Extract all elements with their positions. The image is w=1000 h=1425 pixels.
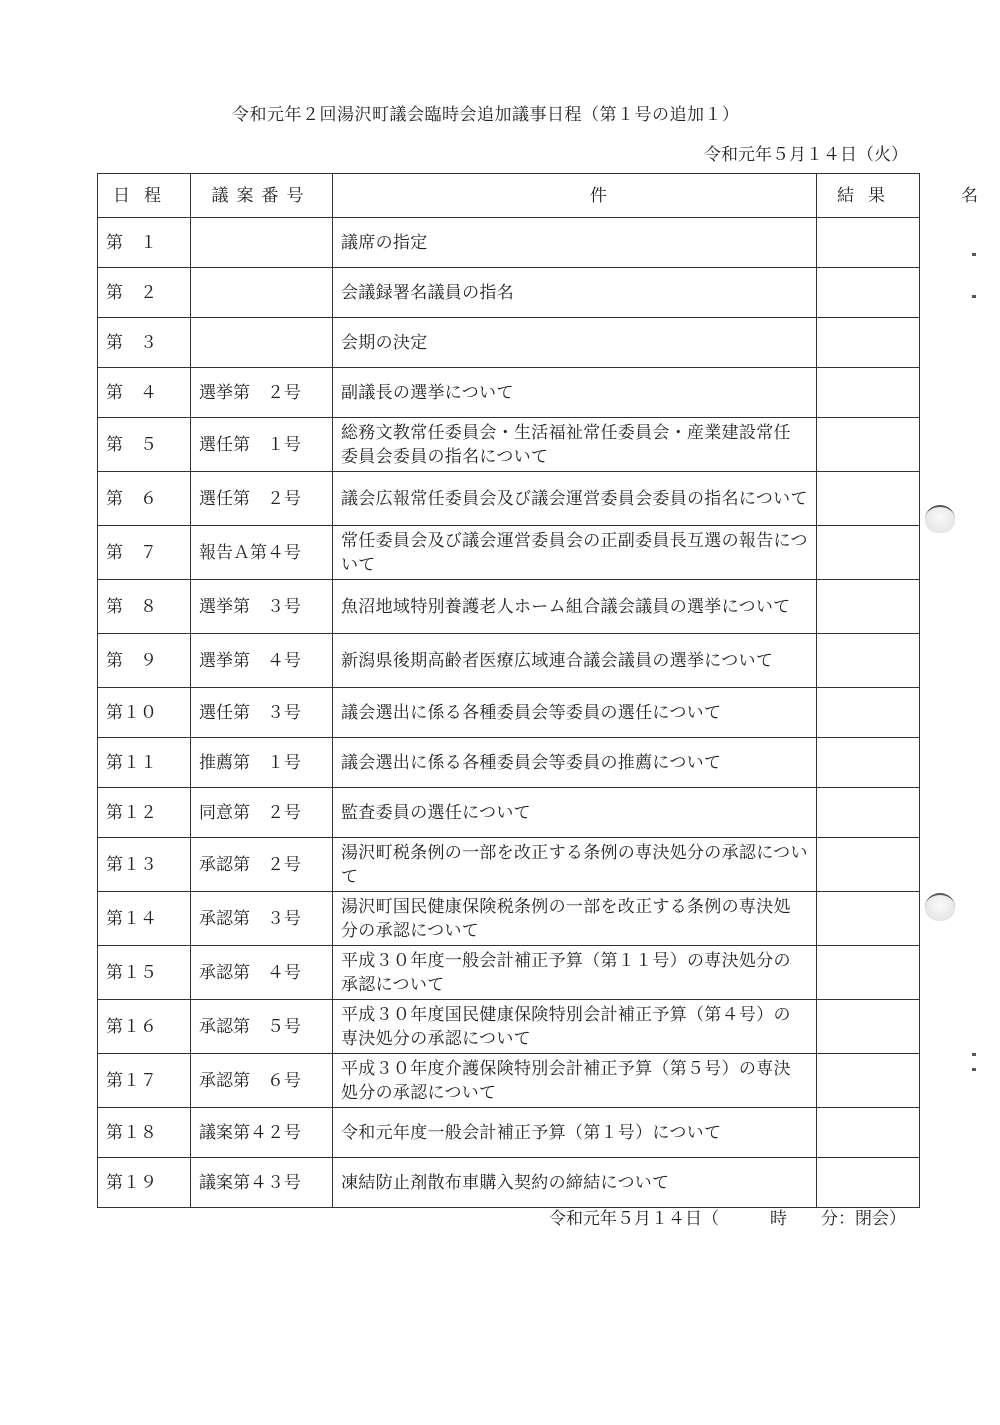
header-name: 件 名 [333, 174, 817, 218]
row-name: 湯沢町税条例の一部を改正する条例の専決処分の承認について [333, 838, 817, 892]
row-result [817, 418, 920, 472]
row-result [817, 1158, 920, 1208]
row-result [817, 268, 920, 318]
row-result [817, 1054, 920, 1108]
row-name: 議席の指定 [333, 218, 817, 268]
row-name: 監査委員の選任について [333, 788, 817, 838]
scan-speck [972, 295, 976, 298]
header-day: 日程 [98, 174, 191, 218]
row-result [817, 838, 920, 892]
row-result [817, 368, 920, 418]
row-number: 承認第 ３号 [191, 892, 333, 946]
row-day: 第 ６ [98, 472, 191, 526]
row-day: 第１７ [98, 1054, 191, 1108]
row-day: 第 ９ [98, 634, 191, 688]
row-name: 議会選出に係る各種委員会等委員の推薦について [333, 738, 817, 788]
row-name: 会期の決定 [333, 318, 817, 368]
table-row: 第１９議案第４３号凍結防止剤散布車購入契約の締結について [98, 1158, 920, 1208]
table-row: 第１７承認第 ６号平成３０年度介護保険特別会計補正予算（第５号）の専決処分の承認… [98, 1054, 920, 1108]
punch-hole-icon [925, 505, 955, 533]
table-row: 第 ３会期の決定 [98, 318, 920, 368]
row-name: 常任委員会及び議会運営委員会の正副委員長互選の報告について [333, 526, 817, 580]
closing-time-line: 令和元年５月１４日（ 時 分：閉会） [549, 1204, 906, 1229]
row-name: 会議録署名議員の指名 [333, 268, 817, 318]
row-name: 議会選出に係る各種委員会等委員の選任について [333, 688, 817, 738]
row-day: 第 ３ [98, 318, 191, 368]
row-name: 新潟県後期高齢者医療広域連合議会議員の選挙について [333, 634, 817, 688]
row-day: 第１５ [98, 946, 191, 1000]
table-row: 第１６承認第 ５号平成３０年度国民健康保険特別会計補正予算（第４号）の専決処分の… [98, 1000, 920, 1054]
row-number [191, 268, 333, 318]
row-number: 承認第 ４号 [191, 946, 333, 1000]
table-row: 第 １議席の指定 [98, 218, 920, 268]
agenda-table: 日程 議案番号 件 名 結果 第 １議席の指定第 ２会議録署名議員の指名第 ３会… [97, 173, 920, 1208]
scan-speck [972, 1068, 976, 1071]
table-header-row: 日程 議案番号 件 名 結果 [98, 174, 920, 218]
header-result: 結果 [817, 174, 920, 218]
row-day: 第１９ [98, 1158, 191, 1208]
row-name: 平成３０年度介護保険特別会計補正予算（第５号）の専決処分の承認について [333, 1054, 817, 1108]
row-name: 凍結防止剤散布車購入契約の締結について [333, 1158, 817, 1208]
row-name: 平成３０年度一般会計補正予算（第１１号）の専決処分の承認について [333, 946, 817, 1000]
table-row: 第 ２会議録署名議員の指名 [98, 268, 920, 318]
row-day: 第１３ [98, 838, 191, 892]
table-row: 第１８議案第４２号令和元年度一般会計補正予算（第１号）について [98, 1108, 920, 1158]
row-result [817, 526, 920, 580]
table-row: 第 ５選任第 １号総務文教常任委員会・生活福祉常任委員会・産業建設常任委員会委員… [98, 418, 920, 472]
row-number [191, 218, 333, 268]
punch-hole-icon [925, 893, 955, 921]
row-number: 議案第４３号 [191, 1158, 333, 1208]
scan-speck [972, 253, 976, 256]
row-result [817, 218, 920, 268]
row-result [817, 634, 920, 688]
table-row: 第 ９選挙第 ４号新潟県後期高齢者医療広域連合議会議員の選挙について [98, 634, 920, 688]
table-row: 第１１推薦第 １号議会選出に係る各種委員会等委員の推薦について [98, 738, 920, 788]
row-result [817, 788, 920, 838]
table-row: 第 ８選挙第 ３号魚沼地域特別養護老人ホーム組合議会議員の選挙について [98, 580, 920, 634]
header-name-right: 名 [961, 184, 992, 208]
row-number: 選任第 １号 [191, 418, 333, 472]
row-day: 第 ７ [98, 526, 191, 580]
row-day: 第 １ [98, 218, 191, 268]
table-row: 第１４承認第 ３号湯沢町国民健康保険税条例の一部を改正する条例の専決処分の承認に… [98, 892, 920, 946]
row-number: 選任第 ３号 [191, 688, 333, 738]
row-day: 第１１ [98, 738, 191, 788]
row-number: 選挙第 ４号 [191, 634, 333, 688]
row-number [191, 318, 333, 368]
row-result [817, 318, 920, 368]
row-number: 推薦第 １号 [191, 738, 333, 788]
row-day: 第 ２ [98, 268, 191, 318]
document-date: 令和元年５月１４日（火） [704, 140, 908, 165]
row-day: 第１２ [98, 788, 191, 838]
row-number: 承認第 ５号 [191, 1000, 333, 1054]
row-day: 第 ４ [98, 368, 191, 418]
row-number: 承認第 ６号 [191, 1054, 333, 1108]
scan-speck [972, 1053, 976, 1056]
row-number: 同意第 ２号 [191, 788, 333, 838]
row-day: 第 ５ [98, 418, 191, 472]
row-day: 第１４ [98, 892, 191, 946]
row-result [817, 1000, 920, 1054]
row-name: 令和元年度一般会計補正予算（第１号）について [333, 1108, 817, 1158]
row-result [817, 472, 920, 526]
document-title: 令和元年２回湯沢町議会臨時会追加議事日程（第１号の追加１） [232, 100, 740, 125]
row-name: 総務文教常任委員会・生活福祉常任委員会・産業建設常任委員会委員の指名について [333, 418, 817, 472]
row-day: 第１０ [98, 688, 191, 738]
row-name: 湯沢町国民健康保険税条例の一部を改正する条例の専決処分の承認について [333, 892, 817, 946]
row-number: 選挙第 ２号 [191, 368, 333, 418]
row-day: 第１８ [98, 1108, 191, 1158]
row-result [817, 1108, 920, 1158]
header-number: 議案番号 [191, 174, 333, 218]
row-number: 報告Ａ第４号 [191, 526, 333, 580]
row-name: 平成３０年度国民健康保険特別会計補正予算（第４号）の専決処分の承認について [333, 1000, 817, 1054]
row-name: 副議長の選挙について [333, 368, 817, 418]
row-result [817, 580, 920, 634]
row-result [817, 892, 920, 946]
row-name: 議会広報常任委員会及び議会運営委員会委員の指名について [333, 472, 817, 526]
table-row: 第 ６選任第 ２号議会広報常任委員会及び議会運営委員会委員の指名について [98, 472, 920, 526]
table-row: 第 ７報告Ａ第４号常任委員会及び議会運営委員会の正副委員長互選の報告について [98, 526, 920, 580]
row-number: 選挙第 ３号 [191, 580, 333, 634]
table-row: 第１０選任第 ３号議会選出に係る各種委員会等委員の選任について [98, 688, 920, 738]
table-row: 第 ４選挙第 ２号副議長の選挙について [98, 368, 920, 418]
table-row: 第１２同意第 ２号監査委員の選任について [98, 788, 920, 838]
row-number: 選任第 ２号 [191, 472, 333, 526]
row-number: 議案第４２号 [191, 1108, 333, 1158]
table-row: 第１３承認第 ２号湯沢町税条例の一部を改正する条例の専決処分の承認について [98, 838, 920, 892]
row-result [817, 946, 920, 1000]
row-result [817, 738, 920, 788]
row-name: 魚沼地域特別養護老人ホーム組合議会議員の選挙について [333, 580, 817, 634]
header-name-left: 件 [528, 186, 621, 206]
row-number: 承認第 ２号 [191, 838, 333, 892]
row-result [817, 688, 920, 738]
table-row: 第１５承認第 ４号平成３０年度一般会計補正予算（第１１号）の専決処分の承認につい… [98, 946, 920, 1000]
row-day: 第 ８ [98, 580, 191, 634]
row-day: 第１６ [98, 1000, 191, 1054]
